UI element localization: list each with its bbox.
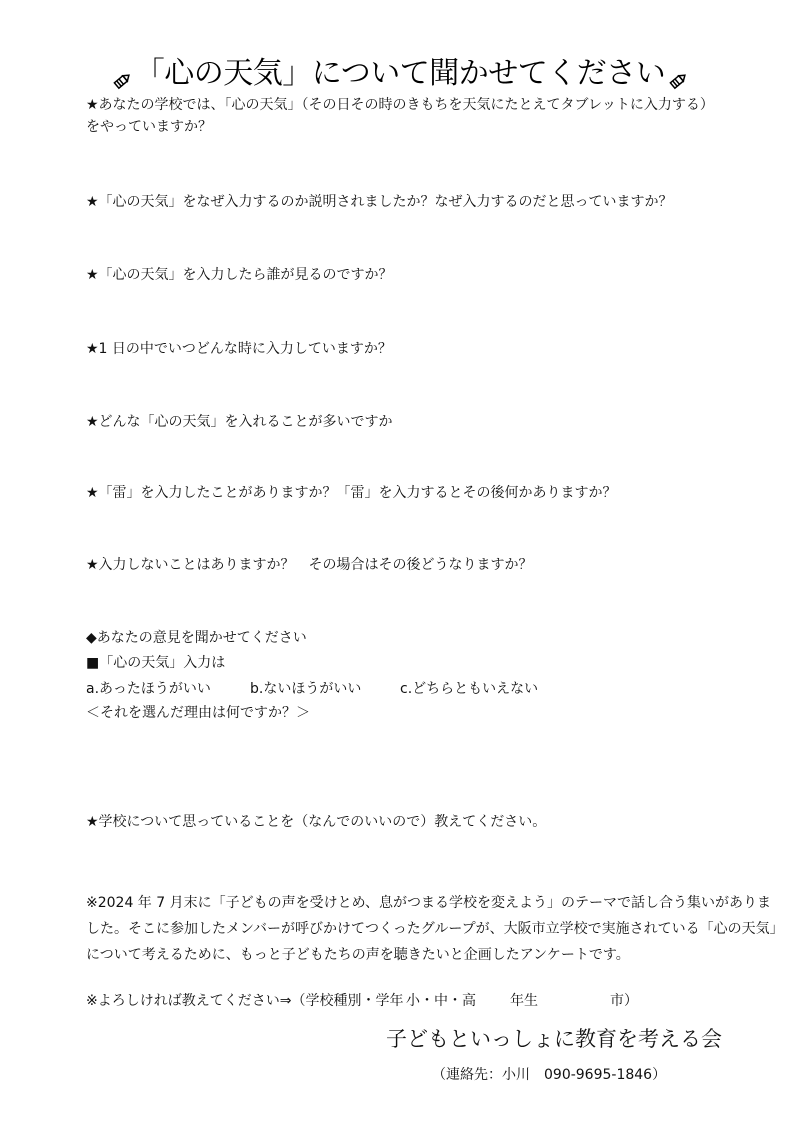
question-5: ★どんな「心の天気」を入れることが多いですか xyxy=(86,411,393,433)
opinion-heading: ◆あなたの意見を聞かせてください xyxy=(86,627,307,649)
question-6: ★「雷」を入力したことがありますか？「雷」を入力するとその後何かありますか？ xyxy=(86,482,617,504)
question-7: ★入力しないことはありますか？ その場合はその後どうなりますか？ xyxy=(86,554,533,576)
grade-field[interactable]: 年生 xyxy=(510,990,538,1012)
question-4: ★1 日の中でいつどんな時に入力していますか？ xyxy=(86,338,392,360)
title-text: 「心の天気」について聞かせてください xyxy=(135,56,665,91)
note-line: ※2024 年 7 月末に「子どもの声を受けとめ、息がつまる学校を変えよう」のテ… xyxy=(86,890,726,916)
note-line: した。そこに参加したメンバーが呼びかけてつくったグループが、大阪市立学校で実施さ… xyxy=(86,916,726,942)
question-1: ★あなたの学校では、「心の天気」（その日その時のきもちを天気にたとえてタブレット… xyxy=(86,94,726,138)
contact-info: （連絡先：小川 090-9695-1846） xyxy=(432,1064,666,1086)
school-question: ★学校について思っていることを（なんでのいいので）教えてください。 xyxy=(86,811,546,833)
reason-prompt: ＜それを選んだ理由は何ですか？＞ xyxy=(86,702,310,724)
school-type-choices[interactable]: 小・中・高 xyxy=(406,990,476,1012)
questionnaire-page: 「心の天気」について聞かせてください ★あなたの学校では、「心の天気」（その日そ… xyxy=(0,0,800,1132)
survey-note: ※2024 年 7 月末に「子どもの声を受けとめ、息がつまる学校を変えよう」のテ… xyxy=(86,890,726,968)
pencil-icon xyxy=(111,61,133,83)
note-line: について考えるために、もっと子どもたちの声を聴きたいと企画したアンケートです。 xyxy=(86,942,726,968)
organization-name: 子どもといっしょに教育を考える会 xyxy=(386,1024,722,1054)
option-a[interactable]: a.あったほうがいい xyxy=(86,678,211,700)
question-2: ★「心の天気」をなぜ入力するのか説明されましたか？なぜ入力するのだと思っています… xyxy=(86,191,673,213)
question-3: ★「心の天気」を入力したら誰が見るのですか？ xyxy=(86,264,393,286)
option-c[interactable]: c.どちらともいえない xyxy=(400,678,538,700)
option-b[interactable]: b.ないほうがいい xyxy=(250,678,361,700)
city-field[interactable]: 市） xyxy=(610,990,638,1012)
pencil-icon xyxy=(667,61,689,83)
page-title: 「心の天気」について聞かせてください xyxy=(0,52,800,96)
opinion-subheading: ■「心の天気」入力は xyxy=(86,652,225,674)
respondent-prompt: ※よろしければ教えてください⇒（学校種別・学年 xyxy=(86,990,403,1012)
